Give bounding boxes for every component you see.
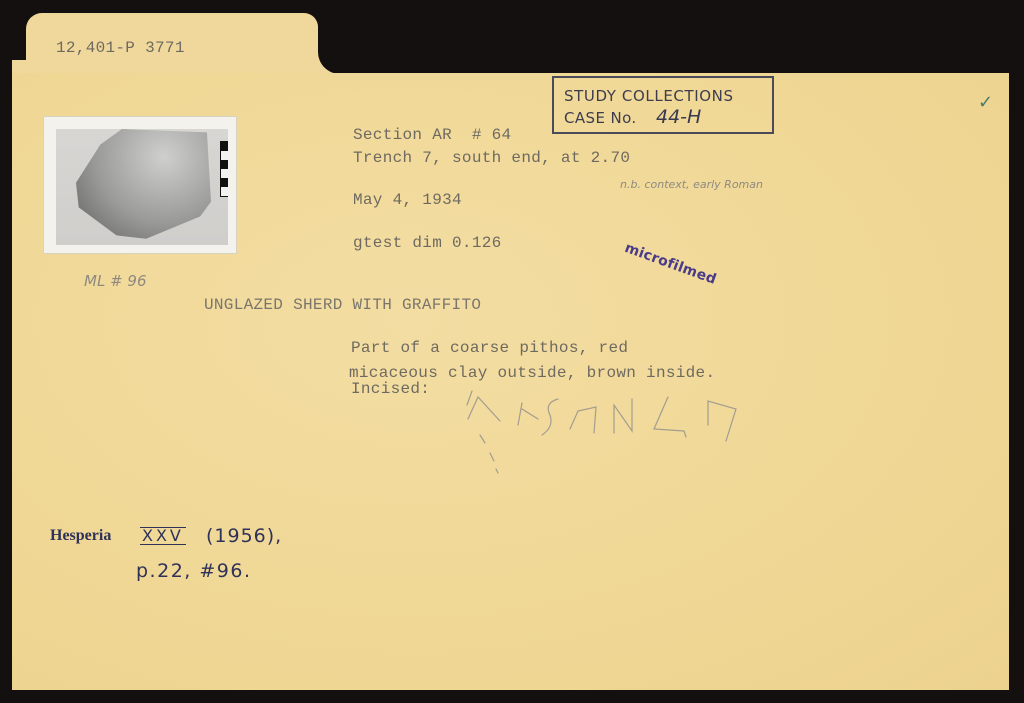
trench-line: Trench 7, south end, at 2.70: [353, 149, 630, 167]
section-line: Section AR # 64: [353, 126, 511, 144]
photo-image: [56, 129, 228, 245]
object-photo: [43, 116, 237, 254]
description-line-3: Incised:: [351, 380, 430, 398]
inventory-note: ML # 96: [84, 272, 147, 290]
reference-volume: XXV: [140, 527, 186, 545]
incised-graffito-drawing: [450, 385, 750, 475]
object-title: UNGLAZED SHERD WITH GRAFFITO: [204, 296, 481, 314]
date-line: May 4, 1934: [353, 191, 462, 209]
reference-page: p.22, #96.: [136, 560, 252, 582]
tab-inventory-id: 12,401-P 3771: [56, 39, 185, 57]
check-mark-icon: ✓: [978, 92, 993, 113]
description-line-1: Part of a coarse pithos, red: [351, 339, 628, 357]
stamp-case-label: CASE No.: [564, 109, 637, 127]
stamp-case-number: 44-H: [656, 106, 701, 128]
study-collections-stamp: STUDY COLLECTIONS CASE No. 44-H: [552, 76, 774, 134]
scale-bar-icon: [220, 141, 228, 197]
dimension-line: gtest dim 0.126: [353, 234, 502, 252]
context-note: n.b. context, early Roman: [620, 178, 763, 191]
reference-year: (1956),: [206, 525, 282, 547]
reference-journal: Hesperia: [50, 527, 111, 545]
stamp-title: STUDY COLLECTIONS: [564, 87, 734, 105]
sherd-image: [76, 129, 211, 241]
